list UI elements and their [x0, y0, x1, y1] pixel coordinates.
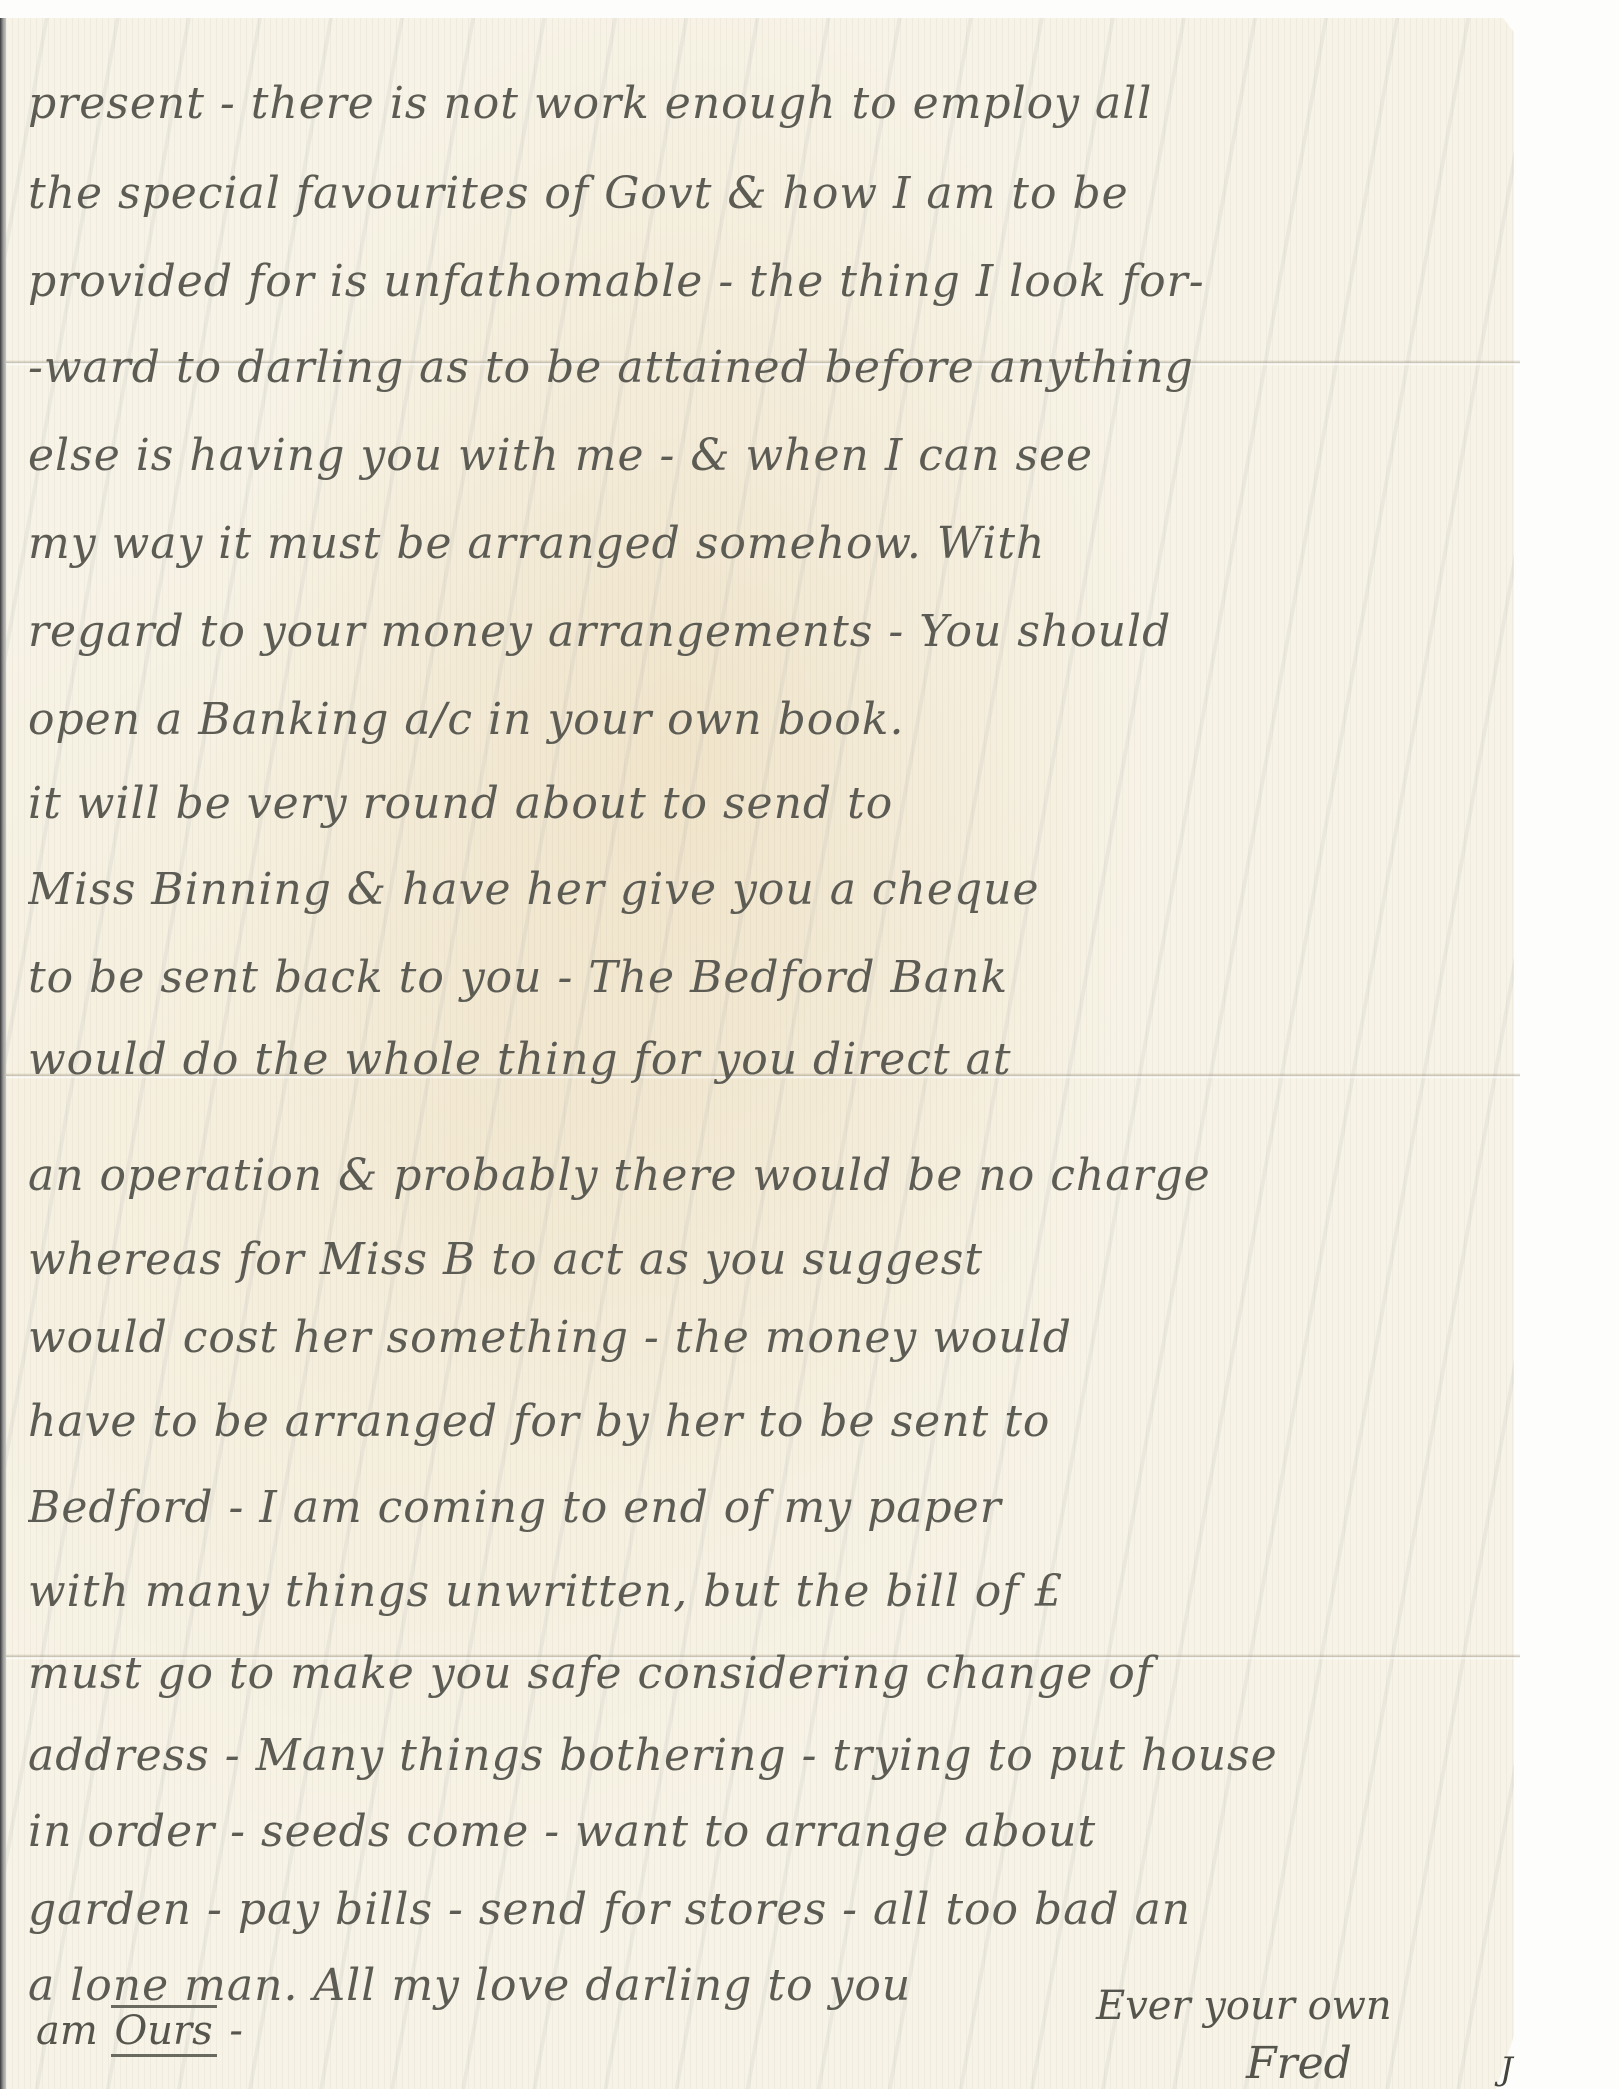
- emphasized-word: Ours: [111, 2005, 217, 2057]
- letter-line: regard to your money arrangements - You …: [28, 606, 1508, 676]
- letter-line: Bedford - I am coming to end of my paper: [28, 1482, 1508, 1552]
- letter-line: else is having you with me - & when I ca…: [28, 430, 1508, 500]
- letter-line: provided for is unfathomable - the thing…: [28, 256, 1508, 326]
- letter-line: to be sent back to you - The Bedford Ban…: [28, 952, 1508, 1022]
- letter-line: my way it must be arranged somehow. With: [28, 518, 1508, 588]
- letter-line: -ward to darling as to be attained befor…: [28, 342, 1508, 412]
- letter-line: the special favourites of Govt & how I a…: [28, 168, 1508, 238]
- letter-line: whereas for Miss B to act as you suggest: [28, 1234, 1508, 1304]
- margin-mark: J: [1500, 2050, 1513, 2088]
- letter-line: it will be very round about to send to: [28, 778, 1508, 848]
- letter-line: an operation & probably there would be n…: [28, 1150, 1508, 1220]
- signature: Fred: [1246, 2038, 1352, 2089]
- final-line-prefix: am: [36, 2008, 98, 2054]
- letter-line: must go to make you safe considering cha…: [28, 1648, 1508, 1718]
- valediction: Ever your own: [1096, 1983, 1392, 2029]
- letter-line: Miss Binning & have her give you a chequ…: [28, 864, 1508, 934]
- letter-line: have to be arranged for by her to be sen…: [28, 1396, 1508, 1466]
- letter-line: open a Banking a/c in your own book.: [28, 694, 1508, 764]
- letter-line: would do the whole thing for you direct …: [28, 1034, 1508, 1104]
- letter-line: present - there is not work enough to em…: [28, 78, 1508, 148]
- final-line-suffix: -: [229, 2008, 243, 2054]
- letter-line: with many things unwritten, but the bill…: [28, 1566, 1508, 1636]
- final-line: am Ours -: [36, 2008, 243, 2054]
- letter-line: garden - pay bills - send for stores - a…: [28, 1884, 1508, 1954]
- letter-line: in order - seeds come - want to arrange …: [28, 1806, 1508, 1876]
- letter-line: would cost her something - the money wou…: [28, 1312, 1508, 1382]
- letter-line: address - Many things bothering - trying…: [28, 1730, 1508, 1800]
- letter-page: present - there is not work enough to em…: [6, 18, 1514, 2089]
